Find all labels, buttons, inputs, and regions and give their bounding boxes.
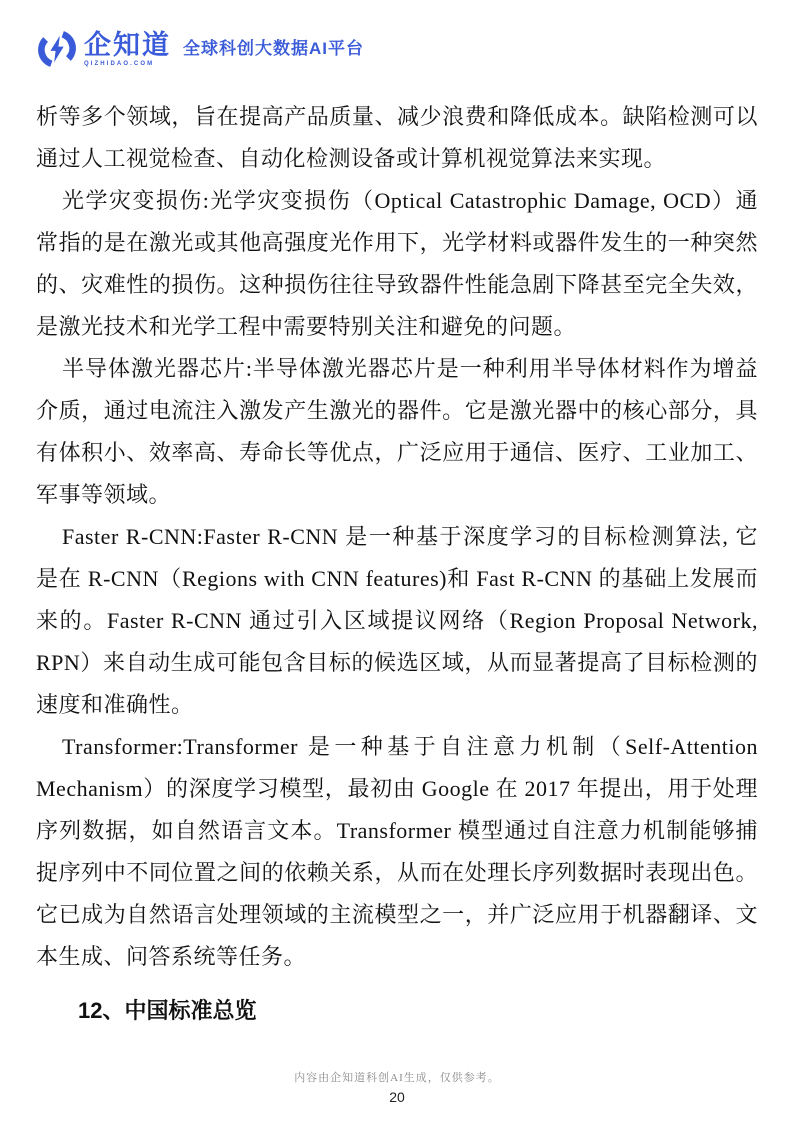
page-number: 20 [0,1089,794,1105]
document-body: 析等多个领域，旨在提高产品质量、减少浪费和降低成本。缺陷检测可以通过人工视觉检查… [36,96,758,1032]
section-heading: 12、中国标准总览 [36,990,758,1032]
brand-tagline: 全球科创大数据AI平台 [183,34,364,59]
footer-disclaimer: 内容由企知道科创AI生成，仅供参考。 [0,1069,794,1085]
brand-domain: QIZHIDAO.COM [84,61,171,67]
paragraph-continuation: 析等多个领域，旨在提高产品质量、减少浪费和降低成本。缺陷检测可以通过人工视觉检查… [36,96,758,180]
qizhidao-logo-icon [38,30,76,68]
paragraph-ocd: 光学灾变损伤:光学灾变损伤（Optical Catastrophic Damag… [36,180,758,348]
header-logo: 企知道 QIZHIDAO.COM 全球科创大数据AI平台 [38,30,364,68]
page-footer: 内容由企知道科创AI生成，仅供参考。 20 [0,1069,794,1105]
paragraph-faster-rcnn: Faster R-CNN:Faster R-CNN 是一种基于深度学习的目标检测… [36,516,758,726]
document-page: 企知道 QIZHIDAO.COM 全球科创大数据AI平台 析等多个领域，旨在提高… [0,0,794,1123]
brand-block: 企知道 QIZHIDAO.COM [84,32,171,67]
paragraph-laser-chip: 半导体激光器芯片:半导体激光器芯片是一种利用半导体材料作为增益介质，通过电流注入… [36,348,758,516]
paragraph-transformer: Transformer:Transformer 是一种基于自注意力机制（Self… [36,726,758,978]
brand-name: 企知道 [84,32,171,59]
